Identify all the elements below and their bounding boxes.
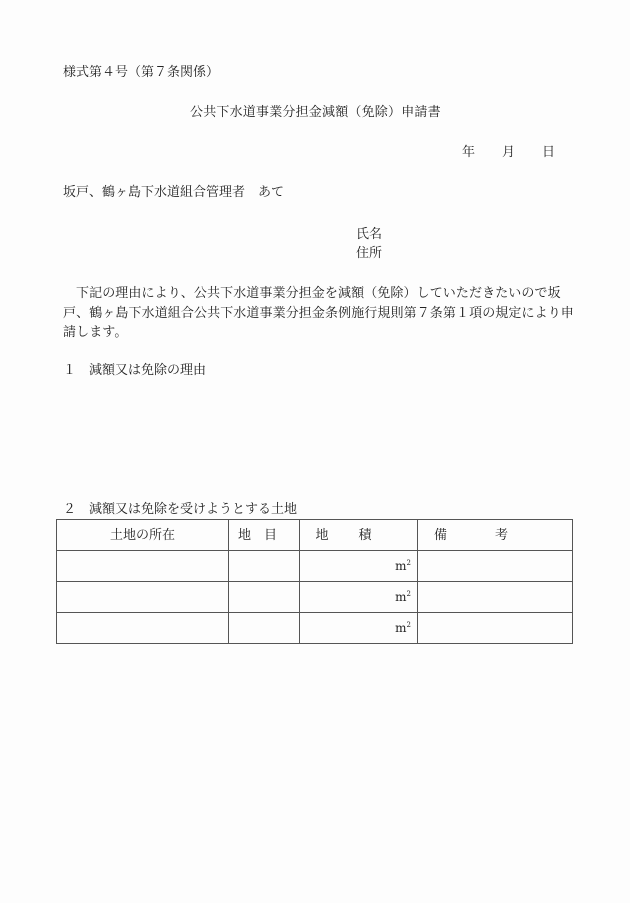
section-reason: １減額又は免除の理由	[63, 364, 206, 377]
location-cell[interactable]	[57, 582, 229, 613]
name-label: 氏名	[356, 225, 382, 244]
category-cell[interactable]	[229, 582, 300, 613]
category-cell[interactable]	[229, 613, 300, 644]
location-cell[interactable]	[57, 551, 229, 582]
form-number: 様式第４号（第７条関係）	[63, 66, 219, 79]
header-remarks: 備考	[418, 520, 573, 551]
land-table: 土地の所在 地目 地積 備考 m2 m2 m2	[56, 519, 573, 644]
area-unit: m	[395, 590, 406, 604]
header-category: 地目	[229, 520, 300, 551]
table-row: m2	[57, 582, 573, 613]
table-row: m2	[57, 551, 573, 582]
area-cell[interactable]: m2	[300, 551, 418, 582]
area-unit: m	[395, 559, 406, 573]
year-label: 年	[462, 146, 502, 159]
table-row: m2	[57, 613, 573, 644]
section-title: 減額又は免除を受けようとする土地	[89, 502, 297, 517]
section-land: ２減額又は免除を受けようとする土地	[63, 503, 297, 516]
request-body-text: 下記の理由により、公共下水道事業分担金を減額（免除）していただきたいので坂戸、鶴…	[63, 284, 578, 343]
area-unit-sup: 2	[407, 590, 411, 598]
header-location: 土地の所在	[57, 520, 229, 551]
month-label: 月	[502, 146, 542, 159]
address-label: 住所	[356, 244, 382, 263]
remarks-cell[interactable]	[418, 613, 573, 644]
category-cell[interactable]	[229, 551, 300, 582]
area-cell[interactable]: m2	[300, 613, 418, 644]
header-area: 地積	[300, 520, 418, 551]
section-number: ２	[63, 503, 89, 516]
remarks-cell[interactable]	[418, 551, 573, 582]
date-line: 年月日	[462, 146, 555, 159]
remarks-cell[interactable]	[418, 582, 573, 613]
applicant-block: 氏名 住所	[356, 225, 382, 263]
area-unit-sup: 2	[407, 621, 411, 629]
location-cell[interactable]	[57, 613, 229, 644]
document-title: 公共下水道事業分担金減額（免除）申請書	[190, 106, 441, 119]
addressee: 坂戸、鶴ヶ島下水道組合管理者 あて	[63, 186, 284, 199]
table-header-row: 土地の所在 地目 地積 備考	[57, 520, 573, 551]
day-label: 日	[542, 146, 555, 159]
section-title: 減額又は免除の理由	[89, 363, 206, 378]
section-number: １	[63, 364, 89, 377]
area-unit: m	[395, 621, 406, 635]
area-unit-sup: 2	[407, 559, 411, 567]
area-cell[interactable]: m2	[300, 582, 418, 613]
